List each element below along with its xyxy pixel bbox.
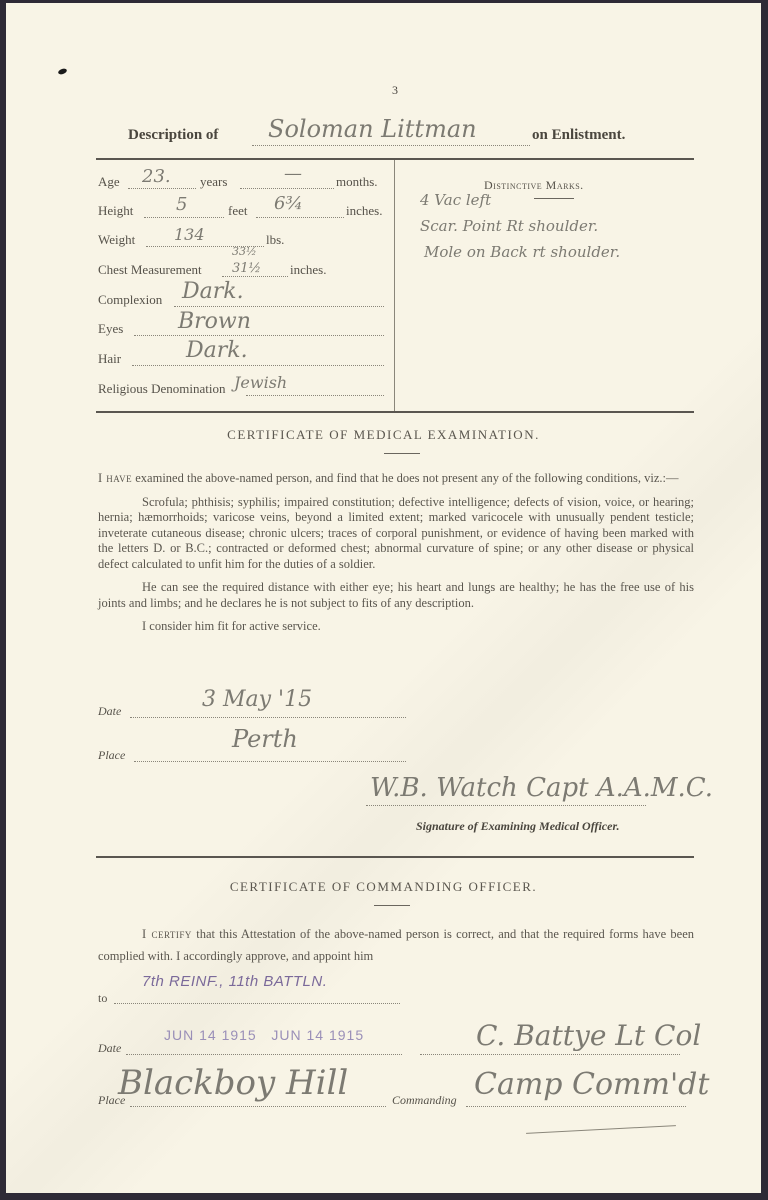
chest-value: 31½: [232, 261, 261, 276]
months-dots: [240, 188, 334, 189]
commanding-heading: CERTIFICATE OF COMMANDING OFFICER.: [6, 879, 761, 895]
page-number: 3: [392, 83, 398, 98]
date-stamp: JUN 14 1915 JUN 14 1915: [164, 1027, 364, 1043]
commanding-place-value: Blackboy Hill: [118, 1063, 348, 1103]
eyes-value: Brown: [178, 309, 251, 334]
conclusion-text: I consider him fit for active service.: [98, 619, 694, 635]
age-label: Age: [98, 174, 120, 190]
title-suffix: on Enlistment.: [532, 127, 625, 144]
years-label: years: [200, 174, 227, 190]
marks-rule: [534, 198, 574, 199]
medical-date-value: 3 May '15: [202, 687, 312, 712]
complexion-label: Complexion: [98, 292, 162, 308]
age-months-value: —: [284, 163, 302, 184]
medical-text: I have examined the above-named person, …: [98, 471, 694, 643]
hair-label: Hair: [98, 351, 121, 367]
religion-label: Religious Denomination: [98, 381, 225, 397]
weight-value: 134: [174, 225, 205, 244]
section-rule-2: [96, 856, 694, 858]
eyes-label: Eyes: [98, 321, 123, 337]
conditions-text: Scrofula; phthisis; syphilis; impaired c…: [98, 495, 694, 573]
feet-dots: [144, 217, 224, 218]
weight-label: Weight: [98, 232, 135, 248]
commanding-officer-signature: C. Battye Lt Col: [476, 1019, 701, 1052]
medical-date-dots: [130, 717, 406, 718]
medical-place-dots: [134, 761, 406, 762]
signature-dots: [366, 805, 646, 806]
title-prefix: Description of: [128, 127, 218, 144]
medical-heading-rule: [384, 453, 420, 454]
lbs-label: lbs.: [266, 232, 284, 248]
commanding-date-label: Date: [98, 1041, 121, 1056]
commanding-heading-rule: [374, 905, 410, 906]
name-dotted-line: [252, 145, 530, 146]
commanding-date-dots: [126, 1054, 402, 1055]
age-years-value: 23.: [142, 166, 171, 187]
punch-hole-mark: [57, 68, 67, 76]
religion-value: Jewish: [234, 373, 287, 392]
medical-heading: CERTIFICATE OF MEDICAL EXAMINATION.: [6, 427, 761, 443]
chest-expanded-value: 33½: [232, 245, 257, 258]
top-rule: [96, 158, 694, 160]
religion-dots: [246, 395, 384, 396]
commanding-dots: [466, 1106, 686, 1107]
mark-line: 4 Vac left: [420, 191, 491, 209]
medical-place-label: Place: [98, 748, 125, 763]
medical-date-label: Date: [98, 704, 121, 719]
height-feet-value: 5: [176, 194, 187, 215]
certify-text: I certify that this Attestation of the a…: [98, 923, 694, 975]
description-title: Description of Soloman Littman on Enlist…: [128, 123, 688, 153]
commanding-place-dots: [130, 1106, 386, 1107]
hair-value: Dark.: [186, 338, 248, 363]
attestation-page: 3 Description of Soloman Littman on Enli…: [6, 3, 761, 1193]
inches-dots: [256, 217, 344, 218]
column-divider: [394, 160, 395, 412]
co-signature-dots: [420, 1054, 680, 1055]
inches-label: inches.: [346, 203, 382, 219]
age-dots: [128, 188, 196, 189]
feet-label: feet: [228, 203, 247, 219]
chest-label: Chest Measurement: [98, 262, 202, 278]
complexion-dots: [174, 306, 384, 307]
fitness-text: He can see the required distance with ei…: [98, 580, 694, 611]
commanding-value: Camp Comm'dt: [474, 1067, 709, 1102]
to-label: to: [98, 991, 107, 1006]
height-inches-value: 6¾: [274, 193, 303, 214]
eyes-dots: [134, 335, 384, 336]
signature-label: Signature of Examining Medical Officer.: [416, 819, 619, 834]
intro-lead: I have: [98, 471, 132, 485]
commanding-label: Commanding: [392, 1093, 457, 1108]
height-label: Height: [98, 203, 133, 219]
to-dots: [114, 1003, 400, 1004]
certify-lead: I certify: [142, 927, 192, 941]
distinctive-marks-heading: Distinctive Marks.: [484, 178, 584, 193]
chest-dots: [222, 276, 288, 277]
medical-officer-signature: W.B. Watch Capt A.A.M.C.: [370, 773, 713, 803]
months-label: months.: [336, 174, 378, 190]
soldier-name: Soloman Littman: [268, 115, 477, 143]
complexion-value: Dark.: [182, 279, 244, 304]
mark-line: Mole on Back rt shoulder.: [424, 243, 620, 261]
unit-stamp: 7th REINF., 11th BATTLN.: [142, 973, 327, 990]
hair-dots: [132, 365, 384, 366]
medical-place-value: Perth: [232, 725, 298, 753]
section-rule: [96, 411, 694, 413]
intro-text: examined the above-named person, and fin…: [135, 471, 678, 485]
chest-inches-label: inches.: [290, 262, 326, 278]
mark-line: Scar. Point Rt shoulder.: [420, 217, 598, 235]
underline-flourish: [526, 1125, 676, 1134]
